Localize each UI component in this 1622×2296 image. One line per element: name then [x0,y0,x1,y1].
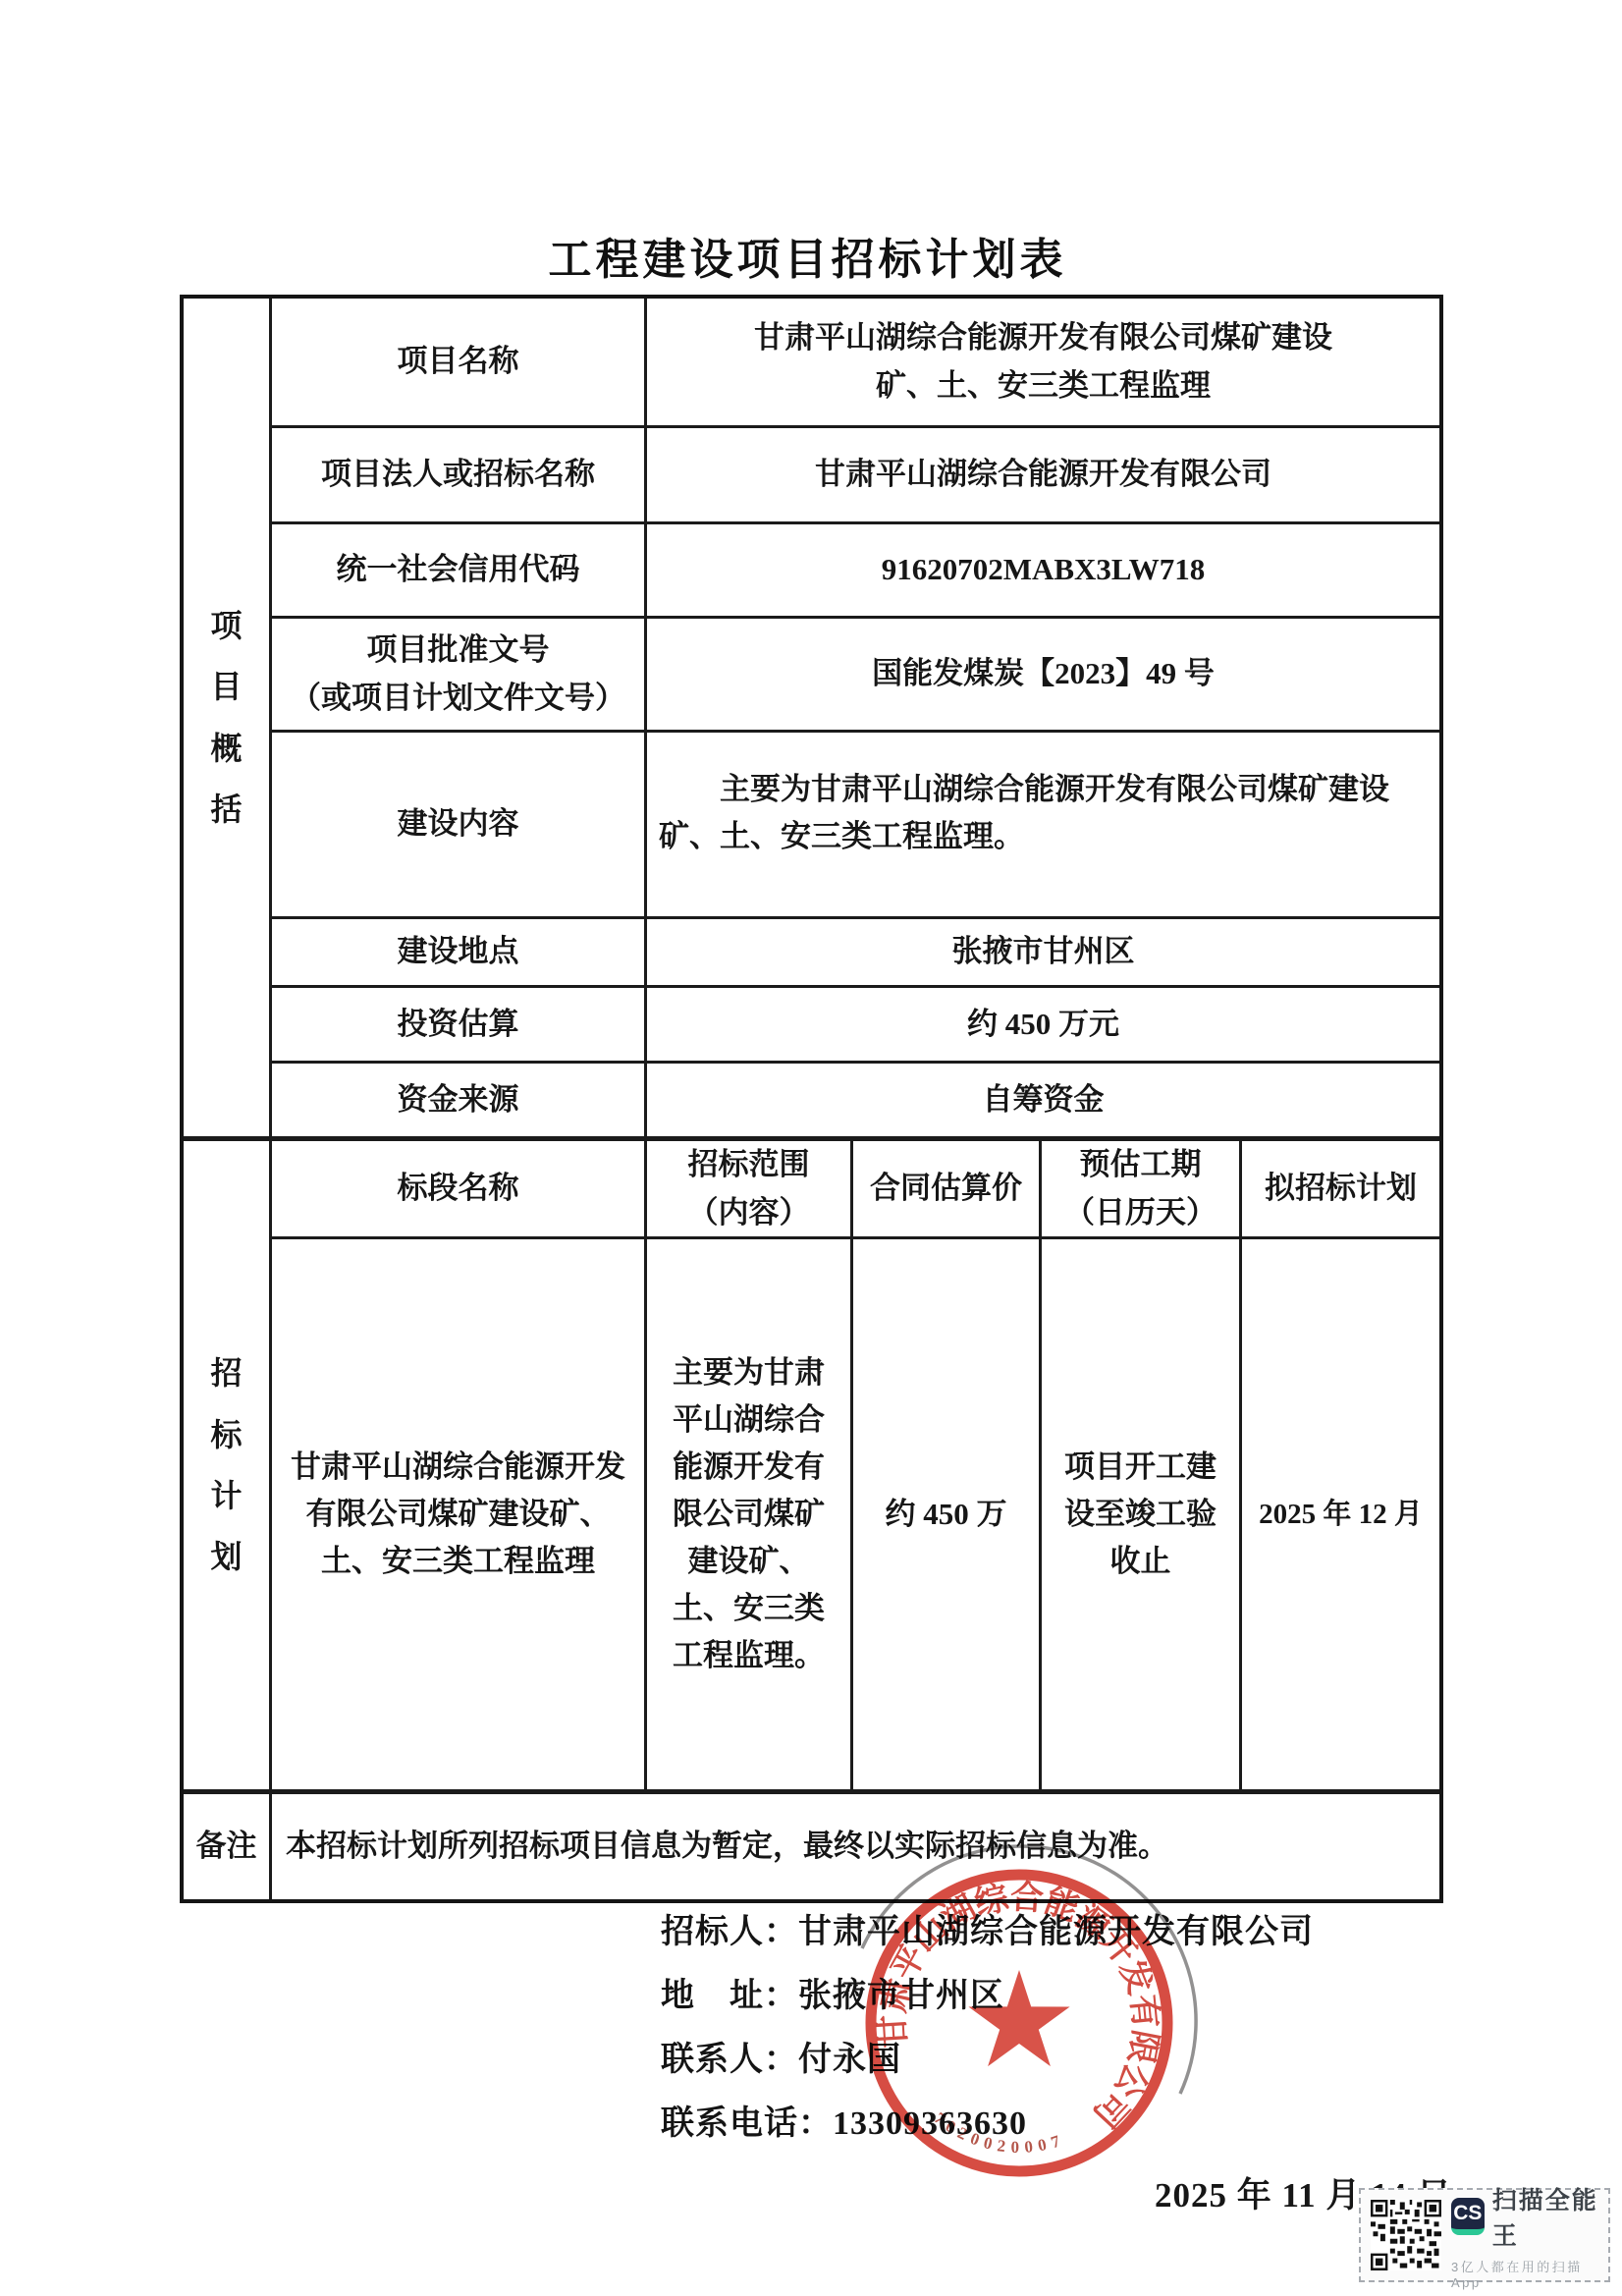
watermark-tagline: 3亿人都在用的扫描App [1451,2257,1598,2290]
plan-cell-schedule: 2025 年 12 月 [1242,1239,1439,1794]
phone-line: 联系电话：13309363630 [661,2105,1314,2144]
row-value-legal-entity: 甘肃平山湖综合能源开发有限公司 [647,428,1439,524]
row-value-approval-number: 国能发煤炭【2023】49 号 [647,619,1439,733]
plan-cell-price: 约 450 万 [853,1239,1042,1794]
section-label-bidding-plan: 招标计划 [184,1141,272,1794]
plan-cell-duration: 项目开工建设至竣工验收止 [1042,1239,1242,1794]
plan-cell-scope: 主要为甘肃平山湖综合能源开发有限公司煤矿建设矿、土、安三类工程监理。 [647,1239,853,1794]
tenderer-line: 招标人：甘肃平山湖综合能源开发有限公司 [661,1913,1314,1952]
plan-header-duration: 预估工期 （日历天） [1042,1141,1242,1239]
row-value-project-name: 甘肃平山湖综合能源开发有限公司煤矿建设矿、土、安三类工程监理 [647,299,1439,428]
row-label-investment-estimate: 投资估算 [272,988,647,1064]
plan-header-schedule: 拟招标计划 [1242,1141,1439,1239]
plan-header-scope: 招标范围 （内容） [647,1141,853,1239]
row-value-credit-code: 91620702MABX3LW718 [647,524,1439,619]
document-title: 工程建设项目招标计划表 [180,224,1435,287]
contact-person-line: 联系人：付永国 [661,2041,1314,2080]
plan-cell-section-name: 甘肃平山湖综合能源开发有限公司煤矿建设矿、土、安三类工程监理 [272,1239,647,1794]
row-label-project-name: 项目名称 [272,299,647,428]
row-value-construction-content: 主要为甘肃平山湖综合能源开发有限公司煤矿建设矿、土、安三类工程监理。 [647,733,1439,919]
watermark-text-block: CS 扫描全能王 3亿人都在用的扫描App [1451,2181,1598,2290]
plan-header-price: 合同估算价 [853,1141,1042,1239]
row-label-construction-content: 建设内容 [272,733,647,919]
address-line: 地 址：张掖市甘州区 [661,1977,1314,2016]
remark-content: 本招标计划所列招标项目信息为暂定，最终以实际招标信息为准。 [272,1794,1439,1899]
row-label-construction-site: 建设地点 [272,919,647,988]
row-value-construction-site: 张掖市甘州区 [647,919,1439,988]
scanner-watermark: CS 扫描全能王 3亿人都在用的扫描App [1359,2188,1610,2282]
scanned-document-page: 工程建设项目招标计划表 项目概括 项目名称 甘肃平山湖综合能源开发有限公司煤矿建… [0,0,1622,2296]
camscanner-logo-icon: CS [1451,2198,1485,2235]
row-value-investment-estimate: 约 450 万元 [647,988,1439,1064]
remark-label: 备注 [184,1794,272,1899]
row-label-legal-entity: 项目法人或招标名称 [272,428,647,524]
row-value-funding-source: 自筹资金 [647,1064,1439,1141]
qr-code-icon [1371,2200,1441,2270]
footer-contact-block: 招标人：甘肃平山湖综合能源开发有限公司 地 址：张掖市甘州区 联系人：付永国 联… [661,1913,1314,2168]
row-label-credit-code: 统一社会信用代码 [272,524,647,619]
plan-header-section-name: 标段名称 [272,1141,647,1239]
row-label-approval-number: 项目批准文号 （或项目计划文件文号） [272,619,647,733]
row-label-funding-source: 资金来源 [272,1064,647,1141]
section-label-project-overview: 项目概括 [184,299,272,1141]
bidding-plan-table: 项目概括 项目名称 甘肃平山湖综合能源开发有限公司煤矿建设矿、土、安三类工程监理… [180,295,1443,1903]
watermark-app-name: 扫描全能王 [1492,2181,1598,2252]
